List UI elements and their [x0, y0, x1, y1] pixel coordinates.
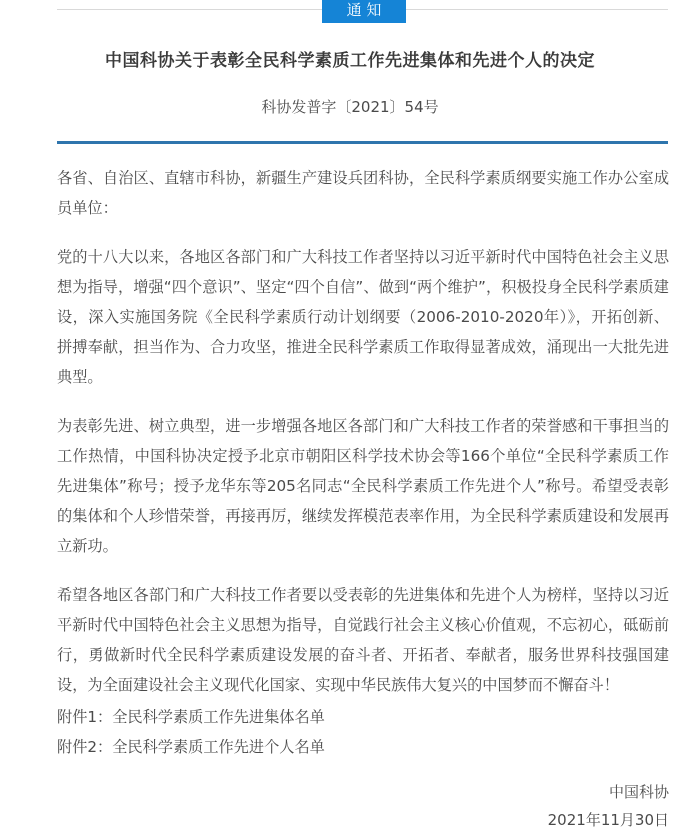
attachment-item: 附件2：全民科学素质工作先进个人名单: [57, 732, 669, 762]
body-paragraph: 党的十八大以来，各地区各部门和广大科技工作者坚持以习近平新时代中国特色社会主义思…: [57, 242, 669, 392]
document-title: 中国科协关于表彰全民科学素质工作先进集体和先进个人的决定: [0, 46, 700, 71]
notice-tab-label: 通 知: [347, 1, 382, 19]
attachment-list: 附件1：全民科学素质工作先进集体名单 附件2：全民科学素质工作先进个人名单: [57, 702, 669, 762]
document-page: 通 知 中国科协关于表彰全民科学素质工作先进集体和先进个人的决定 科协发普字〔2…: [0, 0, 700, 827]
paragraph-list: 党的十八大以来，各地区各部门和广大科技工作者坚持以习近平新时代中国特色社会主义思…: [57, 242, 669, 700]
notice-tab[interactable]: 通 知: [322, 0, 406, 23]
signature-date: 2021年11月30日: [57, 806, 669, 827]
body-paragraph: 希望各地区各部门和广大科技工作者要以受表彰的先进集体和先进个人为榜样，坚持以习近…: [57, 580, 669, 700]
salutation: 各省、自治区、直辖市科协，新疆生产建设兵团科协，全民科学素质纲要实施工作办公室成…: [57, 163, 669, 223]
document-number: 科协发普字〔2021〕54号: [0, 96, 700, 117]
signature-block: 中国科协 2021年11月30日: [57, 778, 669, 827]
signature-org: 中国科协: [57, 778, 669, 806]
body-paragraph: 为表彰先进、树立典型，进一步增强各地区各部门和广大科技工作者的荣誉感和干事担当的…: [57, 411, 669, 561]
attachment-item: 附件1：全民科学素质工作先进集体名单: [57, 702, 669, 732]
document-body: 各省、自治区、直辖市科协，新疆生产建设兵团科协，全民科学素质纲要实施工作办公室成…: [57, 163, 669, 827]
header-divider: [57, 141, 668, 144]
